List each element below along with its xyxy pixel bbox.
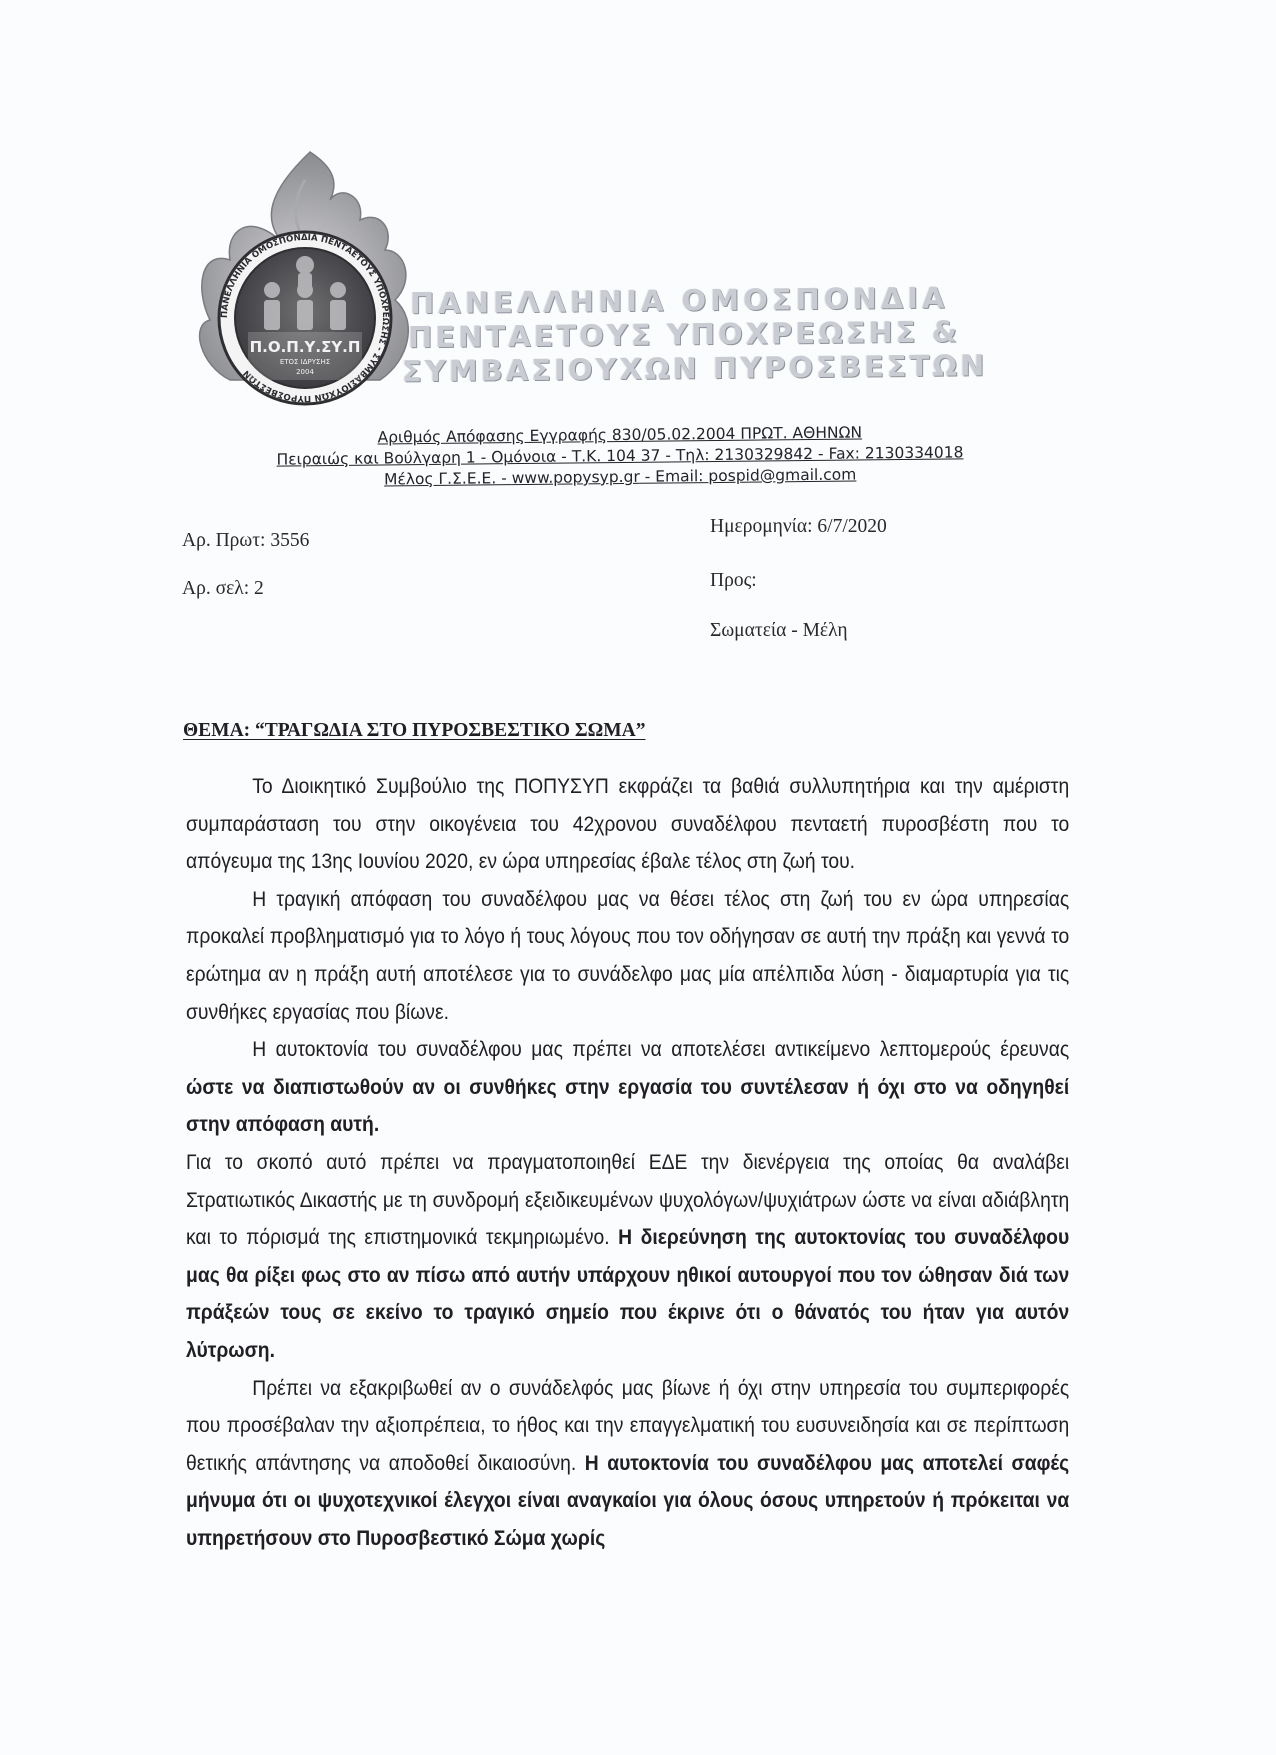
paragraph-3: Η αυτοκτονία του συναδέλφου μας πρέπει ν… (186, 1031, 1069, 1144)
paragraph-2: Η τραγική απόφαση του συναδέλφου μας να … (186, 881, 1069, 1031)
paragraph-5: Πρέπει να εξακριβωθεί αν ο συνάδελφός μα… (186, 1370, 1069, 1558)
logo-founded-year: 2004 (296, 368, 314, 376)
org-name-line-3: ΣΥΜΒΑΣΙΟΥΧΩΝ ΠΥΡΟΣΒΕΣΤΩΝ (402, 348, 1030, 389)
website-link[interactable]: www.popysyp.gr (512, 468, 640, 487)
logo-founded-label: ΕΤΟΣ ΙΔΡΥΣΗΣ (280, 358, 330, 366)
flame-emblem-icon: ΠΑΝΕΛΛΗΝΙΑ ΟΜΟΣΠΟΝΔΙΑ ΠΕΝΤΑΕΤΟΥΣ ΥΠΟΧΡΕΩ… (190, 150, 420, 425)
letter-page: ΠΑΝΕΛΛΗΝΙΑ ΟΜΟΣΠΟΝΔΙΑ ΠΕΝΤΑΕΤΟΥΣ ΥΠΟΧΡΕΩ… (0, 0, 1276, 1755)
paragraph-3-text: Η αυτοκτονία του συναδέλφου μας πρέπει ν… (252, 1038, 1069, 1061)
email-link[interactable]: pospid@gmail.com (708, 466, 856, 486)
organization-name: ΠΑΝΕΛΛΗΝΙΑ ΟΜΟΣΠΟΝΔΙΑ ΠΕΝΤΑΕΤΟΥΣ ΥΠΟΧΡΕΩ… (410, 280, 1030, 388)
contact-info: Αριθμός Απόφασης Εγγραφής 830/05.02.2004… (240, 421, 1001, 492)
federation-logo: ΠΑΝΕΛΛΗΝΙΑ ΟΜΟΣΠΟΝΔΙΑ ΠΕΝΤΑΕΤΟΥΣ ΥΠΟΧΡΕΩ… (190, 150, 420, 425)
recipients: Σωματεία - Μέλη (710, 620, 848, 642)
page-count: Αρ. σελ: 2 (182, 578, 264, 600)
letter-date: Ημερομηνία: 6/7/2020 (710, 516, 887, 538)
protocol-number: Αρ. Πρωτ: 3556 (182, 530, 309, 552)
paragraph-3-emphasis: ώστε να διαπιστωθούν αν οι συνθήκες στην… (186, 1076, 1069, 1137)
email-label: - Email: (640, 467, 709, 486)
recipient-label: Προς: (710, 570, 757, 592)
membership-text: Μέλος Γ.Σ.Ε.Ε. - (384, 469, 512, 488)
logo-acronym: Π.Ο.Π.Υ.ΣΥ.Π (250, 338, 361, 356)
letter-body: Το Διοικητικό Συμβούλιο της ΠΟΠΥΣΥΠ εκφρ… (186, 768, 1069, 1557)
paragraph-1: Το Διοικητικό Συμβούλιο της ΠΟΠΥΣΥΠ εκφρ… (186, 768, 1069, 881)
letter-subject: ΘΕΜΑ: “ΤΡΑΓΩΔΙΑ ΣΤΟ ΠΥΡΟΣΒΕΣΤΙΚΟ ΣΩΜΑ” (183, 720, 646, 742)
paragraph-4: Για το σκοπό αυτό πρέπει να πραγματοποιη… (186, 1144, 1069, 1370)
